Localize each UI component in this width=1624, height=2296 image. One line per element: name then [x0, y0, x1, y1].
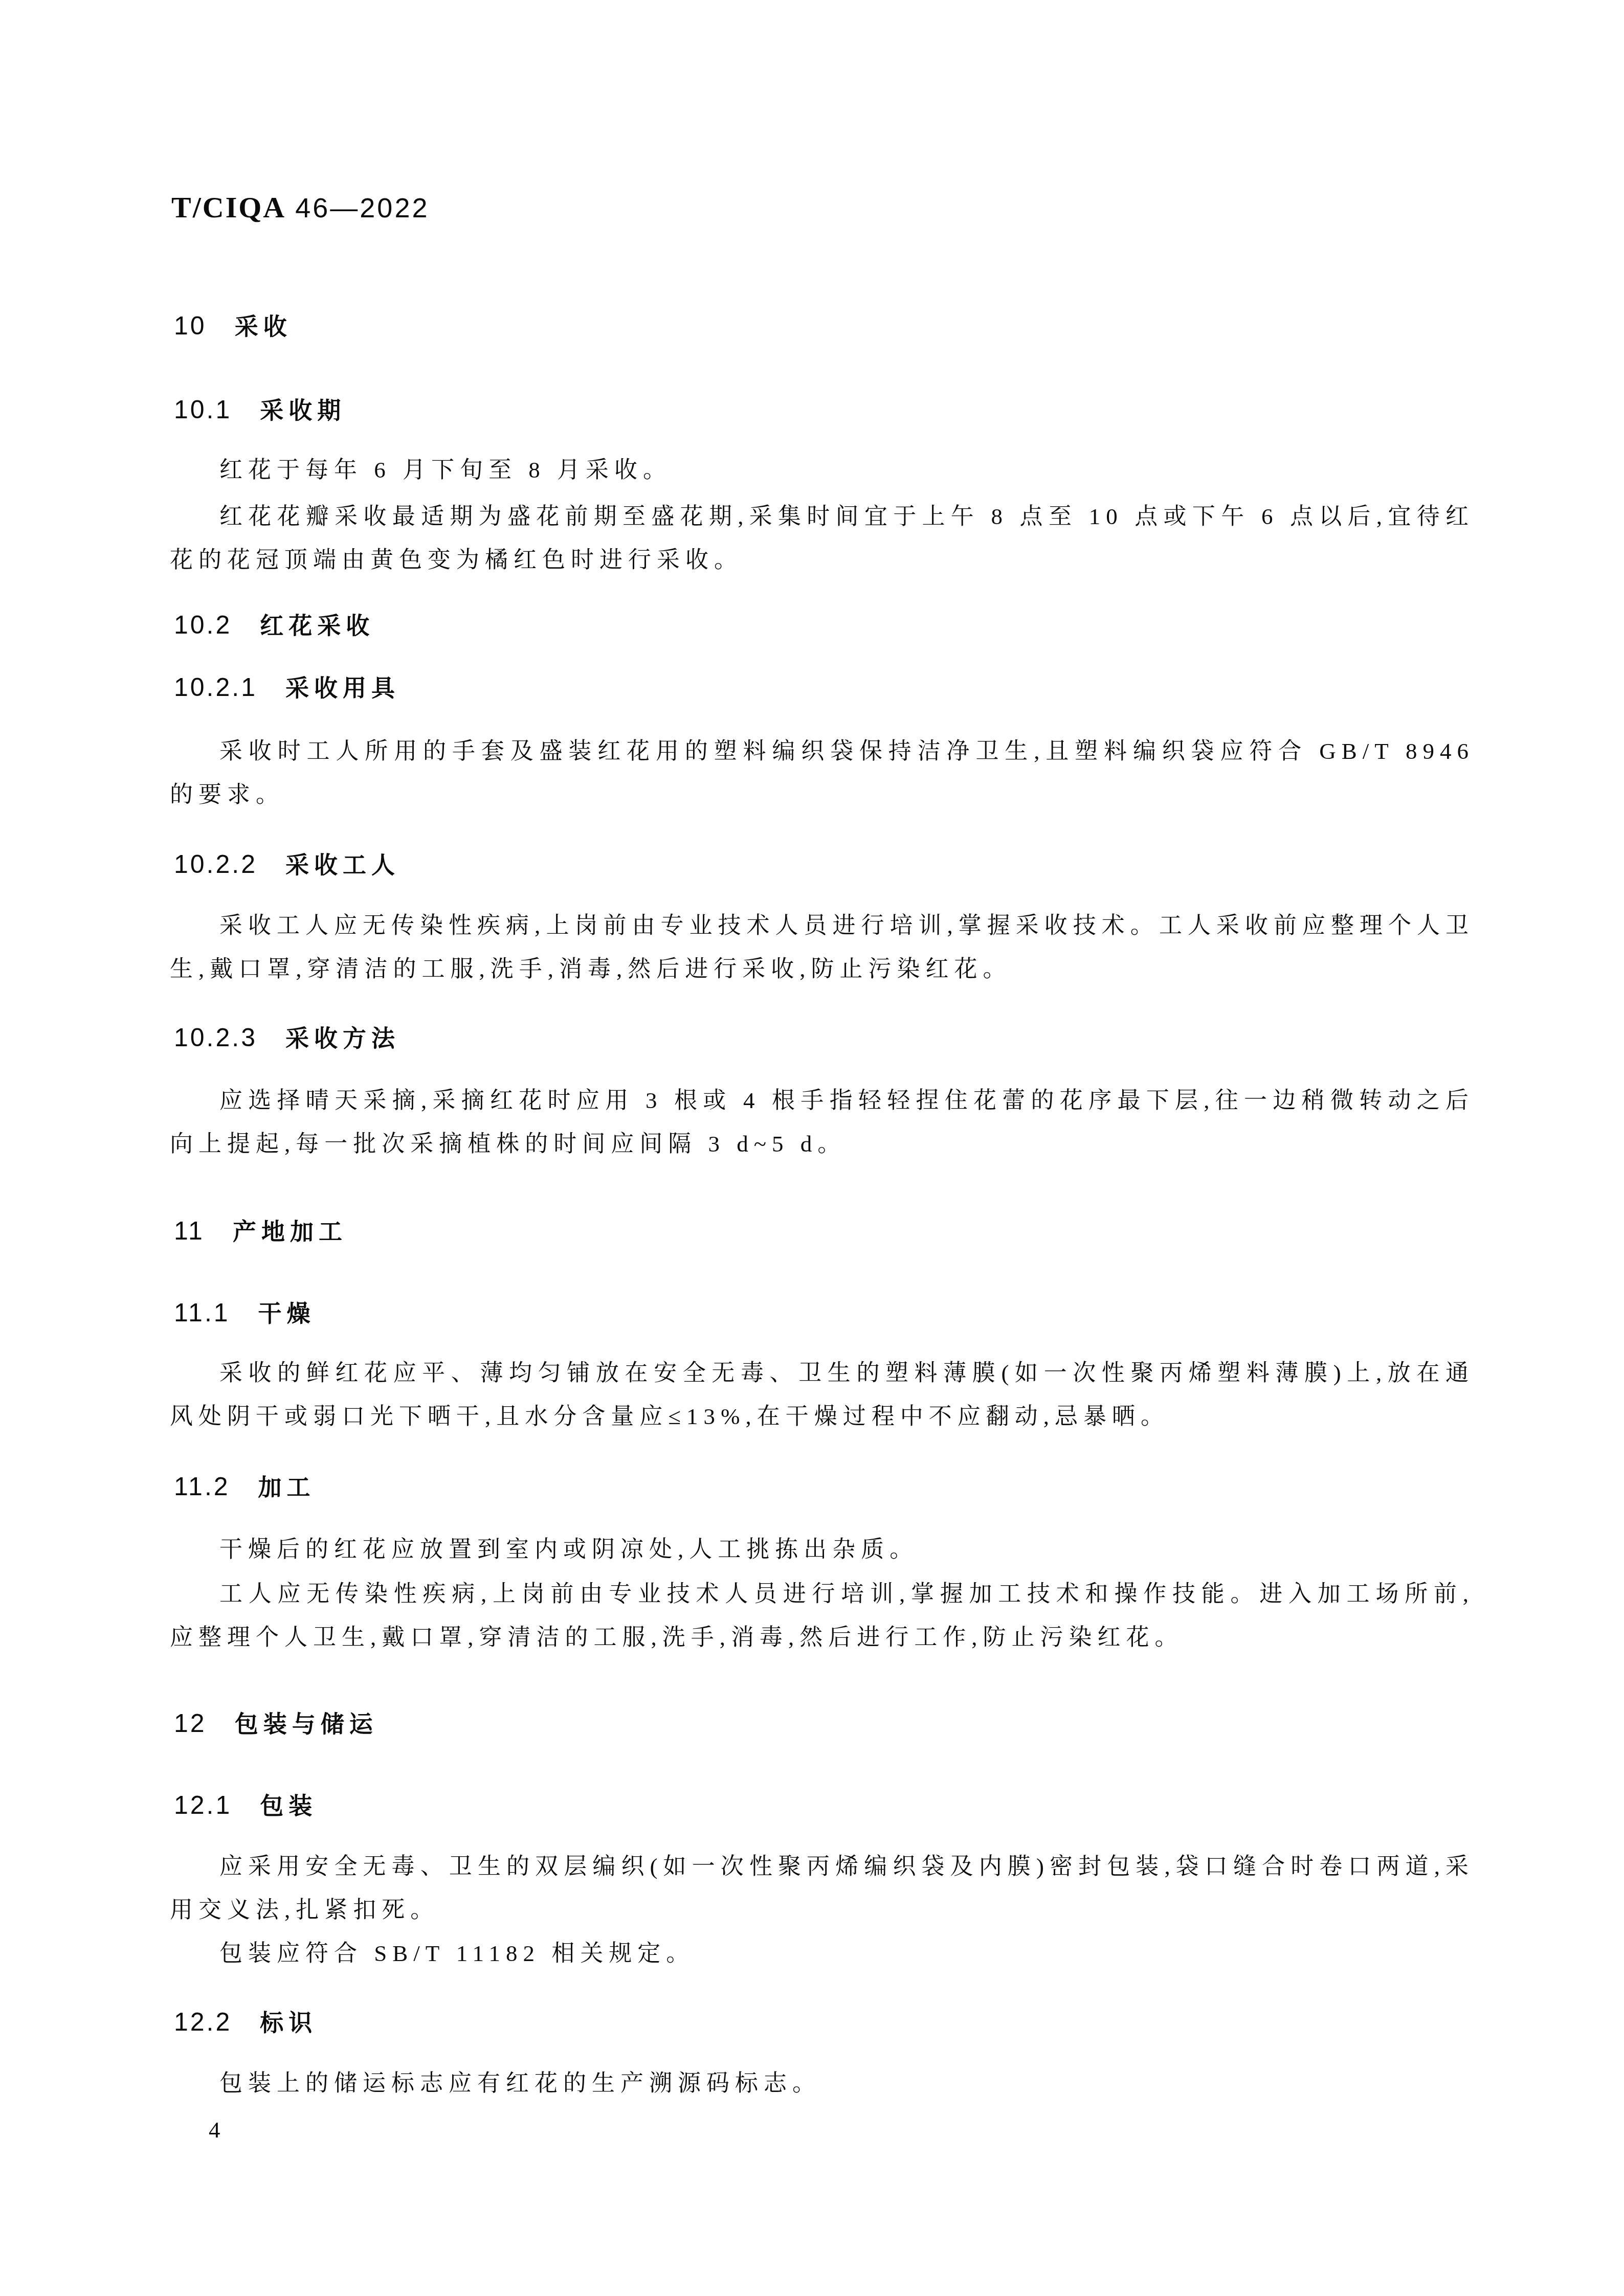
- paragraph: 包装应符合 SB/T 11182 相关规定。: [170, 1932, 1474, 1975]
- clause-title: 标识: [260, 2009, 317, 2036]
- clause-number: 10: [174, 311, 207, 340]
- clause-number: 10.2.2: [174, 850, 257, 879]
- paragraph: 采收工人应无传染性疾病,上岗前由专业技术人员进行培训,掌握采收技术。工人采收前应…: [170, 904, 1474, 991]
- section-heading-12-1: 12.1包装: [174, 1784, 317, 1833]
- paragraph: 采收的鲜红花应平、薄均匀铺放在安全无毒、卫生的塑料薄膜(如一次性聚丙烯塑料薄膜)…: [170, 1352, 1474, 1438]
- clause-title: 采收: [235, 313, 292, 340]
- clause-number: 12.1: [174, 1791, 232, 1819]
- standard-code-prefix: T/CIQA: [171, 191, 286, 224]
- paragraph: 红花于每年 6 月下旬至 8 月采收。: [170, 448, 1474, 492]
- section-heading-10-2-1: 10.2.1采收用具: [174, 666, 400, 715]
- page-number: 4: [209, 2108, 220, 2152]
- document-page: T/CIQA46—2022 10采收 10.1采收期 红花于每年 6 月下旬至 …: [0, 0, 1624, 2296]
- paragraph: 包装上的储运标志应有红花的生产溯源码标志。: [170, 2062, 1474, 2105]
- section-heading-12: 12包装与储运: [174, 1702, 378, 1751]
- clause-title: 包装: [260, 1792, 317, 1819]
- section-heading-10: 10采收: [174, 304, 292, 354]
- clause-title: 采收方法: [285, 1025, 400, 1051]
- clause-number: 11.1: [174, 1298, 230, 1327]
- standard-code-header: T/CIQA46—2022: [171, 190, 429, 224]
- clause-number: 10.1: [174, 395, 232, 424]
- section-heading-11: 11产地加工: [174, 1209, 347, 1259]
- section-heading-12-2: 12.2标识: [174, 2000, 317, 2050]
- clause-title: 红花采收: [260, 612, 374, 639]
- section-heading-10-2-2: 10.2.2采收工人: [174, 843, 400, 892]
- section-heading-10-2: 10.2红花采收: [174, 603, 374, 653]
- section-heading-11-1: 11.1干燥: [174, 1291, 316, 1341]
- paragraph: 应选择晴天采摘,采摘红花时应用 3 根或 4 根手指轻轻捏住花蕾的花序最下层,往…: [170, 1079, 1474, 1166]
- section-heading-10-1: 10.1采收期: [174, 388, 346, 438]
- clause-title: 采收期: [260, 397, 346, 423]
- clause-title: 采收工人: [285, 851, 400, 878]
- paragraph: 干燥后的红花应放置到室内或阴凉处,人工挑拣出杂质。: [170, 1528, 1474, 1571]
- clause-title: 干燥: [258, 1300, 316, 1326]
- paragraph: 红花花瓣采收最适期为盛花前期至盛花期,采集时间宜于上午 8 点至 10 点或下午…: [170, 495, 1474, 582]
- clause-title: 产地加工: [233, 1218, 347, 1245]
- paragraph: 工人应无传染性疾病,上岗前由专业技术人员进行培训,掌握加工技术和操作技能。进入加…: [170, 1572, 1474, 1659]
- clause-title: 加工: [258, 1474, 316, 1500]
- section-heading-10-2-3: 10.2.3采收方法: [174, 1016, 400, 1066]
- clause-number: 10.2.1: [174, 673, 257, 702]
- clause-number: 12.2: [174, 2008, 232, 2036]
- clause-title: 采收用具: [285, 674, 400, 701]
- standard-code-number: 46—2022: [295, 193, 429, 223]
- section-heading-11-2: 11.2加工: [174, 1465, 316, 1515]
- clause-number: 12: [174, 1709, 207, 1738]
- clause-number: 10.2.3: [174, 1023, 257, 1052]
- clause-number: 10.2: [174, 611, 232, 639]
- clause-number: 11.2: [174, 1472, 230, 1501]
- paragraph: 应采用安全无毒、卫生的双层编织(如一次性聚丙烯编织袋及内膜)密封包装,袋口缝合时…: [170, 1845, 1474, 1932]
- paragraph: 采收时工人所用的手套及盛装红花用的塑料编织袋保持洁净卫生,且塑料编织袋应符合 G…: [170, 730, 1474, 817]
- clause-title: 包装与储运: [235, 1710, 378, 1737]
- clause-number: 11: [174, 1217, 205, 1245]
